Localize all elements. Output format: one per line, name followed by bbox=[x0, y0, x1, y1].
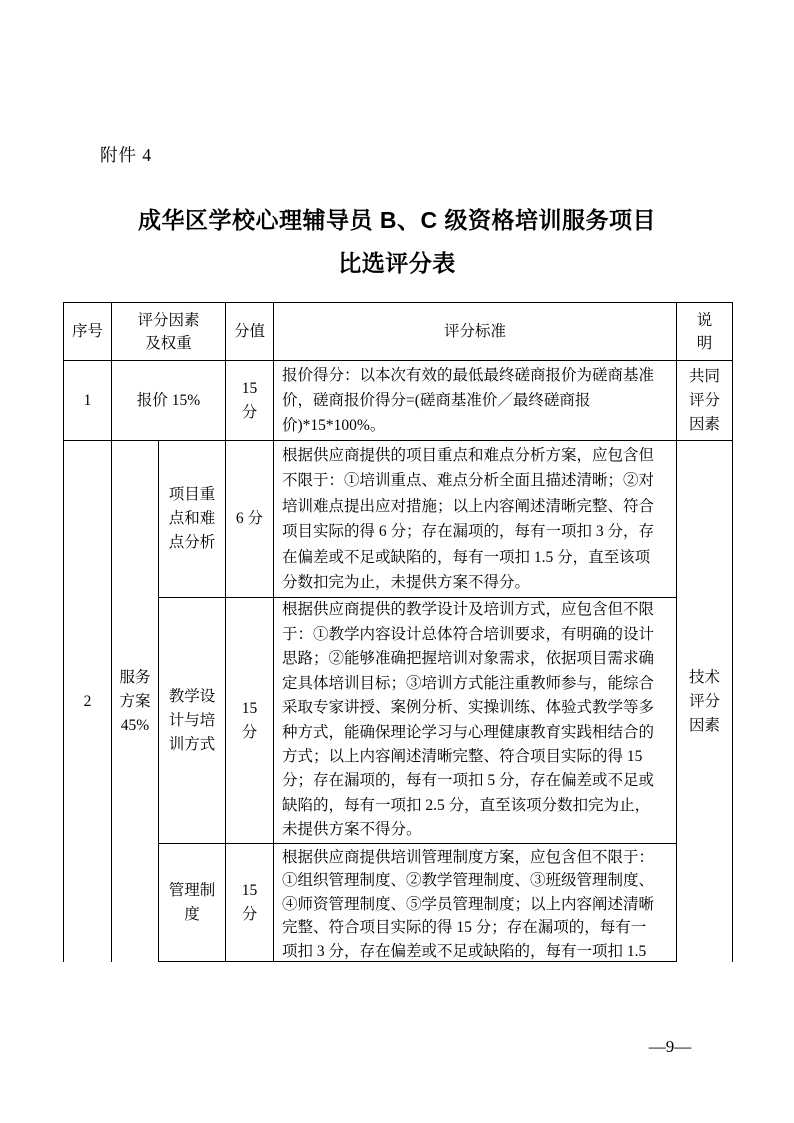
page-title: 成华区学校心理辅导员 B、C 级资格培训服务项目 比选评分表 bbox=[0, 199, 794, 285]
row2-factor: 服务方案 45% bbox=[111, 440, 158, 962]
row2-no: 2 bbox=[63, 440, 111, 962]
attachment-label: 附件 4 bbox=[100, 142, 152, 167]
row2b-name: 教学设计与培训方式 bbox=[158, 597, 225, 843]
row2c-criteria: 根据供应商提供培训管理制度方案，应包含但不限于： ①组织管理制度、②教学管理制度… bbox=[273, 843, 676, 962]
row1-factor: 报价 15% bbox=[111, 360, 225, 440]
header-criteria: 评分标准 bbox=[273, 302, 676, 360]
row1-note: 共同评分因素 bbox=[676, 360, 733, 440]
row2b-criteria: 根据供应商提供的教学设计及培训方式，应包含但不限 于：①教学内容设计总体符合培训… bbox=[273, 597, 676, 843]
row1-no: 1 bbox=[63, 360, 111, 440]
row2a-score: 6 分 bbox=[225, 440, 273, 597]
row1-score: 15 分 bbox=[225, 360, 273, 440]
page-number: —9— bbox=[630, 1037, 710, 1057]
document-page: 附件 4 成华区学校心理辅导员 B、C 级资格培训服务项目 比选评分表 序号 评… bbox=[0, 0, 794, 1123]
row2a-criteria: 根据供应商提供的项目重点和难点分析方案，应包含但 不限于：①培训重点、难点分析全… bbox=[273, 440, 676, 597]
row1-criteria: 报价得分：以本次有效的最低最终磋商报价为磋商基准 价，磋商报价得分=(磋商基准价… bbox=[273, 360, 676, 440]
header-score: 分值 bbox=[225, 302, 273, 360]
header-factor: 评分因素 及权重 bbox=[111, 302, 225, 360]
header-note: 说 明 bbox=[676, 302, 733, 360]
row2b-score: 15 分 bbox=[225, 597, 273, 843]
row2c-name: 管理制度 bbox=[158, 843, 225, 962]
row2c-score: 15 分 bbox=[225, 843, 273, 962]
header-no: 序号 bbox=[63, 302, 111, 360]
scoring-table: 序号 评分因素 及权重 分值 评分标准 说 明 1 报价 15% 15 分 报价… bbox=[63, 302, 733, 962]
row2a-name: 项目重点和难点分析 bbox=[158, 440, 225, 597]
row2-note: 技术评分因素 bbox=[676, 440, 733, 962]
